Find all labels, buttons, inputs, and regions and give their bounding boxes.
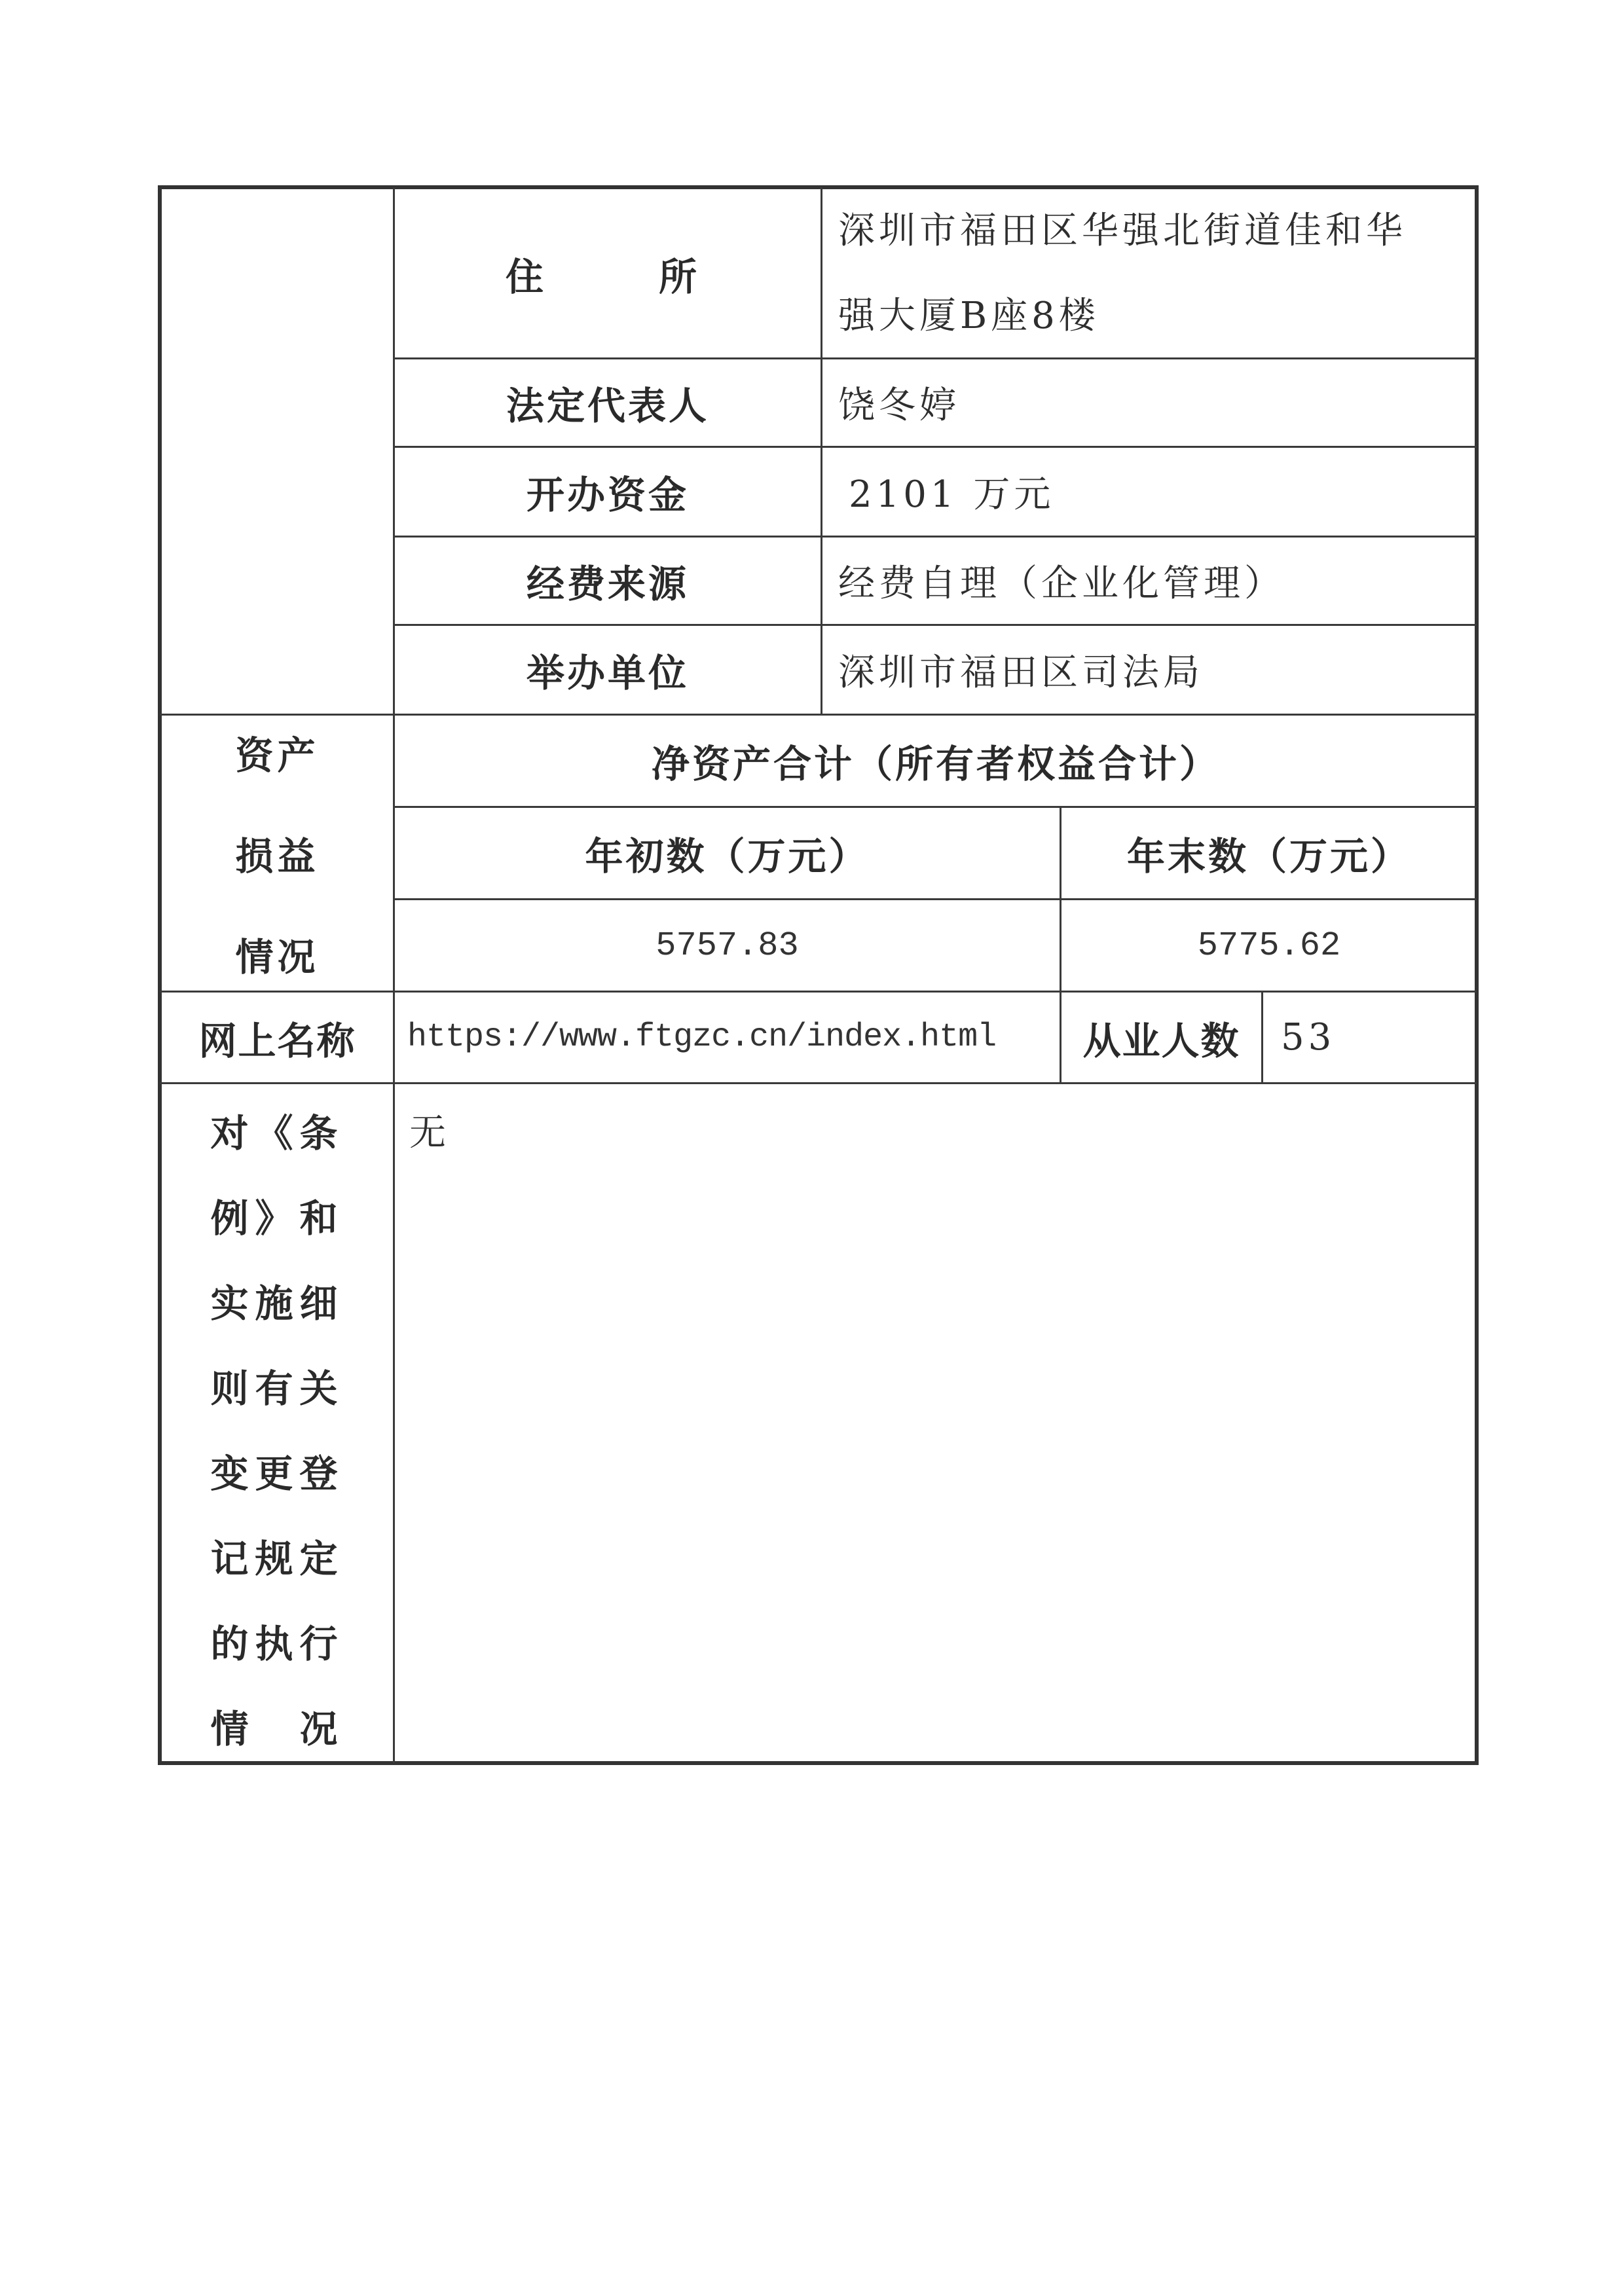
assets-label-line: 情况 bbox=[235, 926, 319, 981]
address-label-text: 住 所 bbox=[506, 246, 710, 301]
address-line-1: 深圳市福田区华强北街道佳和华 bbox=[838, 208, 1407, 254]
online-name-label-text: 网上名称 bbox=[198, 1010, 356, 1065]
compliance-label-line: 的执行 bbox=[210, 1621, 344, 1667]
end-year-label-text: 年末数（万元） bbox=[1127, 826, 1411, 881]
staff-count-label-text: 从业人数 bbox=[1082, 1010, 1240, 1065]
funding-source-label: 经费来源 bbox=[395, 538, 821, 624]
website-url: https://www.ftgzc.cn/index.html bbox=[407, 1019, 996, 1056]
net-assets-header: 净资产合计（所有者权益合计） bbox=[395, 716, 1477, 806]
assets-section-label: 资产 损益 情况 bbox=[162, 716, 393, 991]
legal-rep-value-text: 饶冬婷 bbox=[838, 376, 960, 429]
startup-funds-value: 2101 万元 bbox=[849, 448, 1477, 536]
compliance-label-line: 实施细 bbox=[210, 1281, 344, 1326]
compliance-label-line: 记规定 bbox=[210, 1536, 344, 1582]
sponsor-value-text: 深圳市福田区司法局 bbox=[838, 644, 1204, 696]
compliance-label-line: 则有关 bbox=[210, 1366, 344, 1412]
funding-source-label-text: 经费来源 bbox=[526, 553, 689, 608]
end-year-value-text: 5775.62 bbox=[1198, 926, 1340, 965]
address-label: 住 所 bbox=[395, 189, 821, 357]
compliance-label-line: 例》和 bbox=[210, 1195, 344, 1241]
staff-count-value: 53 bbox=[1276, 993, 1477, 1082]
staff-count-value-text: 53 bbox=[1276, 1016, 1335, 1059]
legal-rep-label-text: 法定代表人 bbox=[506, 375, 709, 430]
address-line-2: 强大厦B座8楼 bbox=[838, 293, 1099, 339]
assets-label-line: 损益 bbox=[235, 826, 319, 881]
col-divider-2 bbox=[821, 187, 822, 715]
sponsor-label-text: 举办单位 bbox=[526, 642, 689, 697]
net-assets-header-text: 净资产合计（所有者权益合计） bbox=[652, 733, 1220, 788]
assets-label-line: 资产 bbox=[235, 725, 319, 780]
compliance-label: 对《条 例》和 实施细 则有关 变更登 记规定 的执行 情 况 bbox=[162, 1084, 393, 1763]
funding-source-value: 经费自理（企业化管理） bbox=[838, 538, 1477, 624]
online-name-value: https://www.ftgzc.cn/index.html bbox=[407, 993, 1060, 1082]
begin-year-value-text: 5757.83 bbox=[655, 926, 798, 965]
sponsor-value: 深圳市福田区司法局 bbox=[838, 626, 1477, 714]
online-name-label: 网上名称 bbox=[162, 993, 393, 1082]
legal-rep-value: 饶冬婷 bbox=[838, 359, 1477, 446]
begin-year-label: 年初数（万元） bbox=[395, 808, 1060, 898]
address-value: 深圳市福田区华强北街道佳和华 强大厦B座8楼 bbox=[838, 189, 1477, 357]
funding-source-value-text: 经费自理（企业化管理） bbox=[838, 555, 1285, 607]
end-year-value: 5775.62 bbox=[1061, 900, 1477, 991]
staff-count-label: 从业人数 bbox=[1061, 993, 1261, 1082]
legal-rep-label: 法定代表人 bbox=[395, 359, 821, 446]
begin-year-value: 5757.83 bbox=[395, 900, 1060, 991]
compliance-label-line: 情 况 bbox=[210, 1706, 344, 1752]
startup-funds-label-text: 开办资金 bbox=[526, 464, 689, 519]
startup-funds-value-text: 2101 万元 bbox=[849, 465, 1054, 518]
end-year-label: 年末数（万元） bbox=[1061, 808, 1477, 898]
begin-year-label-text: 年初数（万元） bbox=[585, 826, 869, 881]
startup-funds-label: 开办资金 bbox=[395, 448, 821, 536]
col-divider-staff bbox=[1261, 991, 1263, 1084]
compliance-label-line: 对《条 bbox=[210, 1110, 344, 1156]
sponsor-label: 举办单位 bbox=[395, 626, 821, 714]
compliance-value-text: 无 bbox=[409, 1104, 450, 1156]
compliance-label-line: 变更登 bbox=[210, 1451, 344, 1497]
compliance-value: 无 bbox=[409, 1084, 1477, 1176]
